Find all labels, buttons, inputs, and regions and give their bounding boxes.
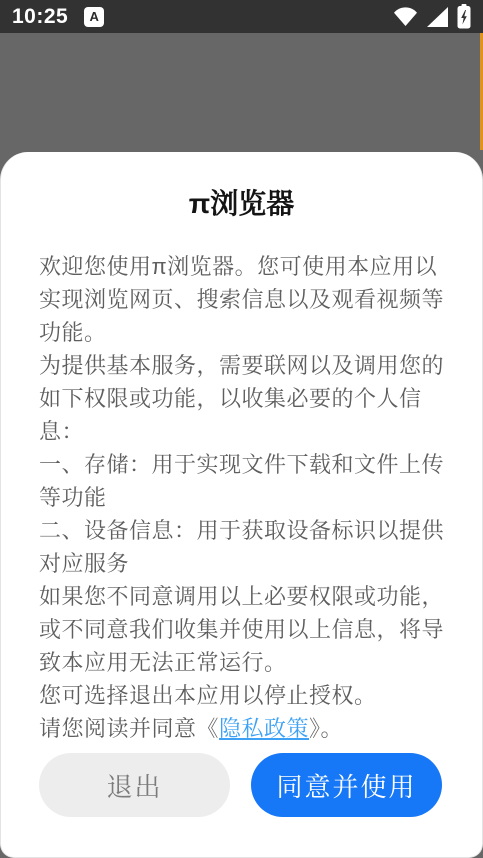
paragraph-services: 为提供基本服务，需要联网以及调用您的如下权限或功能，以收集必要的个人信息： — [39, 349, 445, 448]
status-bar: 10:25 A — [0, 0, 483, 33]
paragraph-storage: 一、存储：用于实现文件下载和文件上传等功能 — [39, 448, 445, 514]
clock: 10:25 — [12, 5, 68, 29]
status-bar-left: 10:25 A — [12, 5, 104, 29]
privacy-policy-link[interactable]: 隐私政策 — [219, 716, 309, 741]
cellular-signal-icon — [427, 7, 448, 27]
agree-button[interactable]: 同意并使用 — [251, 753, 442, 817]
dialog-button-row: 退出 同意并使用 — [39, 753, 442, 817]
wifi-icon — [393, 7, 418, 27]
paragraph-quit-option: 您可选择退出本应用以停止授权。 — [39, 679, 445, 712]
privacy-line: 请您阅读并同意《隐私政策》。 — [39, 712, 445, 745]
privacy-prefix: 请您阅读并同意《 — [39, 716, 219, 741]
exit-button[interactable]: 退出 — [39, 753, 230, 817]
paragraph-welcome: 欢迎您使用π浏览器。您可使用本应用以实现浏览网页、搜索信息以及观看视频等功能。 — [39, 250, 445, 349]
privacy-suffix: 》。 — [309, 716, 343, 741]
dialog-body: 欢迎您使用π浏览器。您可使用本应用以实现浏览网页、搜索信息以及观看视频等功能。 … — [39, 250, 445, 745]
paragraph-device-info: 二、设备信息：用于获取设备标识以提供对应服务 — [39, 514, 445, 580]
dialog-title: π浏览器 — [1, 188, 482, 220]
paragraph-disagree: 如果您不同意调用以上必要权限或功能，或不同意我们收集并使用以上信息，将导致本应用… — [39, 580, 445, 679]
battery-charging-icon — [457, 4, 471, 29]
notification-a-icon: A — [84, 7, 104, 27]
phone-screen: 10:25 A — [0, 0, 483, 858]
privacy-dialog: π浏览器 欢迎您使用π浏览器。您可使用本应用以实现浏览网页、搜索信息以及观看视频… — [0, 152, 483, 858]
status-bar-right — [393, 4, 471, 29]
